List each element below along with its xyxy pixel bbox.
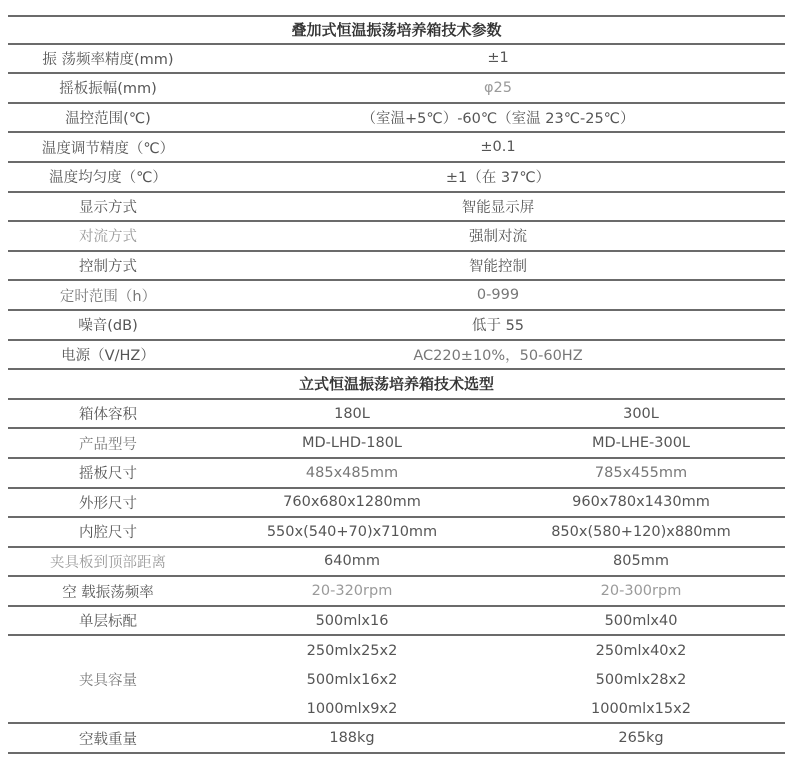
col2-value: 250mlx40x2 <box>496 637 786 666</box>
row-label: 内腔尺寸 <box>8 521 208 542</box>
row-value: ±1（在 37℃） <box>208 166 788 187</box>
col1-value: 500mlx16x2 <box>208 666 496 695</box>
row-label: 夹具板到顶部距离 <box>8 551 208 572</box>
section1-title-row: 叠加式恒温振荡培养箱技术参数 <box>8 15 785 45</box>
row-value: （室温+5℃）-60℃（室温 23℃-25℃） <box>208 107 788 128</box>
spec-table: 叠加式恒温振荡培养箱技术参数 振 荡频率精度(mm) ±1 摇板振幅(mm) φ… <box>8 15 785 754</box>
row-value: AC220±10%，50-60HZ <box>208 344 788 365</box>
table-row: 控制方式 智能控制 <box>8 252 785 282</box>
row-value: φ25 <box>208 80 788 96</box>
row-value: 低于 55 <box>208 314 788 335</box>
table-row: 电源（V/HZ） AC220±10%，50-60HZ <box>8 341 785 371</box>
table-row: 噪音(dB) 低于 55 <box>8 311 785 341</box>
col2-value: 805mm <box>496 553 786 569</box>
row-label: 空载重量 <box>8 728 208 749</box>
row-label: 温度均匀度（℃） <box>8 166 208 187</box>
col1-value: 640mm <box>208 553 496 569</box>
row-label: 摇板振幅(mm) <box>8 77 208 98</box>
table-row: 显示方式 智能显示屏 <box>8 193 785 223</box>
col2-value: 500mlx40 <box>496 613 786 629</box>
table-row: 摇板振幅(mm) φ25 <box>8 74 785 104</box>
row-value: 智能显示屏 <box>208 196 788 217</box>
table-row: 产品型号 MD-LHD-180L MD-LHE-300L <box>8 429 785 459</box>
row-label: 控制方式 <box>8 255 208 276</box>
col2-value: MD-LHE-300L <box>496 435 786 451</box>
table-row: 空 载振荡频率 20-320rpm 20-300rpm <box>8 577 785 607</box>
col1-value: 188kg <box>208 730 496 746</box>
row-label: 温度调节精度（℃） <box>8 137 208 158</box>
col2-value: 500mlx28x2 <box>496 666 786 695</box>
row-label: 定时范围（h） <box>8 285 208 306</box>
col2-value: 850x(580+120)x880mm <box>496 524 786 540</box>
col2-value: 300L <box>496 406 786 422</box>
table-row-fixture-capacity: 夹具容量 250mlx25x2 500mlx16x2 1000mlx9x2 25… <box>8 636 785 724</box>
table-row: 定时范围（h） 0-999 <box>8 281 785 311</box>
col1-value: 180L <box>208 406 496 422</box>
col1-value: 250mlx25x2 <box>208 637 496 666</box>
table-row: 内腔尺寸 550x(540+70)x710mm 850x(580+120)x88… <box>8 518 785 548</box>
table-row: 摇板尺寸 485x485mm 785x455mm <box>8 459 785 489</box>
section2-title-row: 立式恒温振荡培养箱技术选型 <box>8 370 785 400</box>
table-row: 对流方式 强制对流 <box>8 222 785 252</box>
table-row: 夹具板到顶部距离 640mm 805mm <box>8 548 785 578</box>
row-label: 外形尺寸 <box>8 492 208 513</box>
col1-value: 760x680x1280mm <box>208 494 496 510</box>
col1-value: 485x485mm <box>208 465 496 481</box>
row-label: 箱体容积 <box>8 403 208 424</box>
row-value: 0-999 <box>208 287 788 303</box>
section2-title: 立式恒温振荡培养箱技术选型 <box>8 373 785 394</box>
row-label: 振 荡频率精度(mm) <box>8 48 208 69</box>
table-row: 温控范围(℃) （室温+5℃）-60℃（室温 23℃-25℃） <box>8 104 785 134</box>
row-value: 强制对流 <box>208 225 788 246</box>
row-label: 电源（V/HZ） <box>8 344 208 365</box>
table-row: 温度调节精度（℃） ±0.1 <box>8 133 785 163</box>
row-label: 摇板尺寸 <box>8 462 208 483</box>
row-label: 温控范围(℃) <box>8 107 208 128</box>
table-row: 温度均匀度（℃） ±1（在 37℃） <box>8 163 785 193</box>
col2-value: 265kg <box>496 730 786 746</box>
col2-value: 20-300rpm <box>496 583 786 599</box>
col2-value-list: 250mlx40x2 500mlx28x2 1000mlx15x2 <box>496 636 786 724</box>
table-row: 振 荡频率精度(mm) ±1 <box>8 45 785 75</box>
col1-value-list: 250mlx25x2 500mlx16x2 1000mlx9x2 <box>208 636 496 724</box>
row-value: ±1 <box>208 50 788 66</box>
row-label: 产品型号 <box>8 433 208 454</box>
row-label: 空 载振荡频率 <box>8 581 208 602</box>
table-row: 箱体容积 180L 300L <box>8 400 785 430</box>
row-label: 显示方式 <box>8 196 208 217</box>
row-label: 夹具容量 <box>8 669 208 690</box>
table-row: 单层标配 500mlx16 500mlx40 <box>8 607 785 637</box>
row-label: 对流方式 <box>8 225 208 246</box>
row-label: 噪音(dB) <box>8 314 208 335</box>
row-label: 单层标配 <box>8 610 208 631</box>
col2-value: 960x780x1430mm <box>496 494 786 510</box>
col1-value: 1000mlx9x2 <box>208 695 496 724</box>
col1-value: 20-320rpm <box>208 583 496 599</box>
row-value: ±0.1 <box>208 139 788 155</box>
col1-value: 550x(540+70)x710mm <box>208 524 496 540</box>
col2-value: 1000mlx15x2 <box>496 695 786 724</box>
section1-title: 叠加式恒温振荡培养箱技术参数 <box>8 19 785 40</box>
table-row: 空载重量 188kg 265kg <box>8 724 785 754</box>
col1-value: MD-LHD-180L <box>208 435 496 451</box>
table-row: 外形尺寸 760x680x1280mm 960x780x1430mm <box>8 489 785 519</box>
row-value: 智能控制 <box>208 255 788 276</box>
col1-value: 500mlx16 <box>208 613 496 629</box>
col2-value: 785x455mm <box>496 465 786 481</box>
